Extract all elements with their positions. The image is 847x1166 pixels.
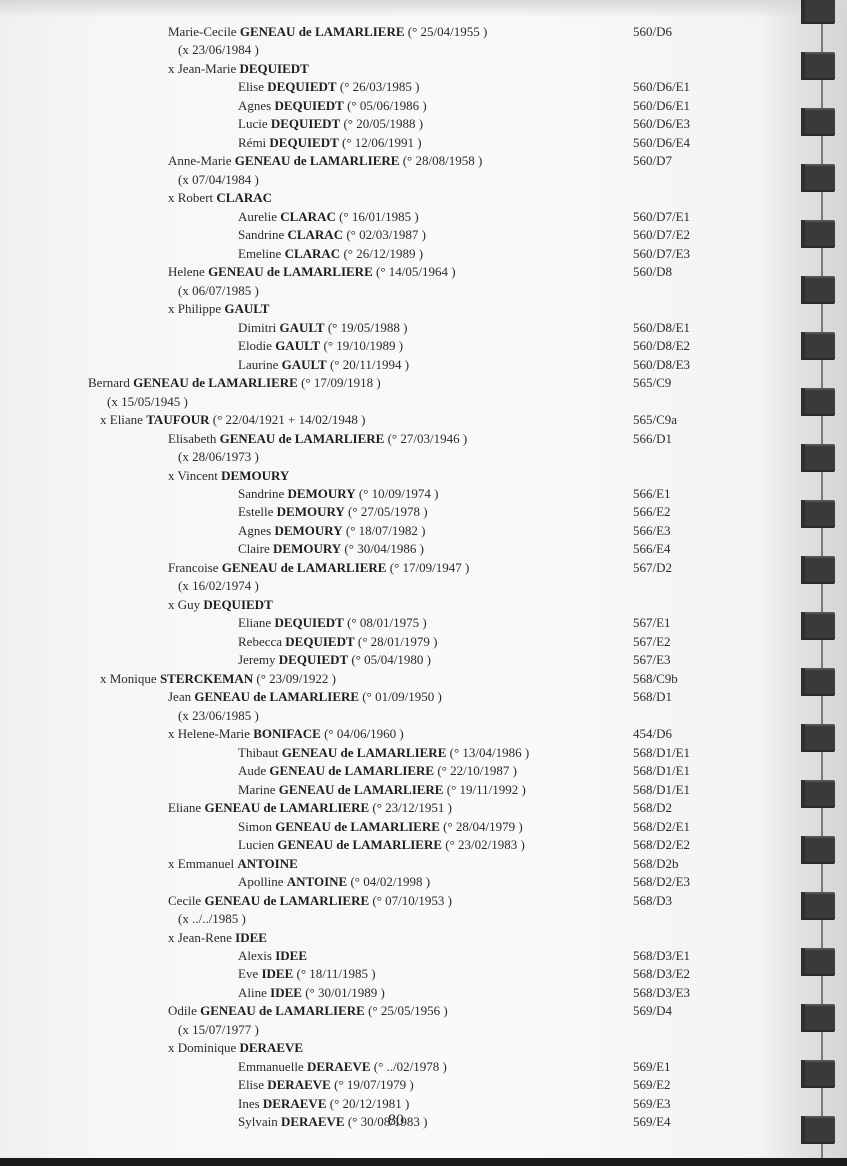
genealogy-entry: Emeline CLARAC (° 26/12/1989 ) [238, 246, 423, 262]
genealogy-entry: (x 15/07/1977 ) [178, 1022, 259, 1038]
entry-surname: GENEAU de LAMARLIERE [200, 1003, 365, 1018]
entry-given-name: Marine [238, 782, 279, 797]
entry-given-name: Agnes [238, 98, 274, 113]
binding-ring-icon [803, 500, 835, 528]
entry-surname: DEQUIEDT [274, 615, 343, 630]
entry-surname: DEQUIEDT [271, 116, 340, 131]
entry-reference-code: 569/E1 [633, 1059, 671, 1075]
entry-given-name: (x 07/04/1984 ) [178, 172, 259, 187]
entry-dates: (° 13/04/1986 ) [446, 745, 529, 760]
page-bottom-edge [0, 1158, 847, 1166]
binding-ring-icon [803, 556, 835, 584]
entry-dates: (° 26/03/1985 ) [337, 79, 420, 94]
entry-surname: GAULT [224, 301, 269, 316]
entry-reference-code: 560/D7/E2 [633, 227, 690, 243]
entry-reference-code: 565/C9 [633, 375, 671, 391]
genealogy-entry: (x ../../1985 ) [178, 911, 246, 927]
binding-ring-icon [803, 892, 835, 920]
entry-reference-code: 560/D6/E4 [633, 135, 690, 151]
entry-given-name: Odile [168, 1003, 200, 1018]
entry-reference-code: 560/D8 [633, 264, 672, 280]
genealogy-entry: Claire DEMOURY (° 30/04/1986 ) [238, 541, 424, 557]
binding-ring-icon [803, 1116, 835, 1144]
entry-surname: DEQUIEDT [203, 597, 272, 612]
genealogy-entry: Cecile GENEAU de LAMARLIERE (° 07/10/195… [168, 893, 452, 909]
entry-given-name: Eliane [238, 615, 274, 630]
genealogy-entry: Thibaut GENEAU de LAMARLIERE (° 13/04/19… [238, 745, 529, 761]
entry-surname: GENEAU de LAMARLIERE [275, 819, 440, 834]
entry-reference-code: 568/D2b [633, 856, 679, 872]
entry-dates: (° 18/11/1985 ) [293, 966, 375, 981]
entry-dates: (° 28/08/1958 ) [399, 153, 482, 168]
entry-given-name: Eliane [168, 800, 204, 815]
genealogy-entry: Elodie GAULT (° 19/10/1989 ) [238, 338, 403, 354]
entry-surname: GENEAU de LAMARLIERE [235, 153, 400, 168]
entry-reference-code: 566/E1 [633, 486, 671, 502]
entry-dates: (° 22/10/1987 ) [434, 763, 517, 778]
scanned-page: Marie-Cecile GENEAU de LAMARLIERE (° 25/… [0, 0, 847, 1166]
entry-given-name: Emmanuelle [238, 1059, 307, 1074]
binding-ring-icon [803, 668, 835, 696]
entry-surname: GAULT [282, 357, 327, 372]
entry-dates: (° 23/12/1951 ) [369, 800, 452, 815]
binding-ring-icon [803, 388, 835, 416]
genealogy-entry: (x 06/07/1985 ) [178, 283, 259, 299]
genealogy-entry: Aline IDEE (° 30/01/1989 ) [238, 985, 385, 1001]
entry-given-name: Sandrine [238, 486, 287, 501]
entry-dates: (° 25/04/1955 ) [405, 24, 488, 39]
entry-surname: TAUFOUR [146, 412, 209, 427]
entry-surname: DEQUIEDT [279, 652, 348, 667]
entry-reference-code: 568/D3/E2 [633, 966, 690, 982]
entry-given-name: Emeline [238, 246, 285, 261]
genealogy-entry: x Jean-Marie DEQUIEDT [168, 61, 309, 77]
binding-ring-icon [803, 612, 835, 640]
entry-given-name: x Dominique [168, 1040, 240, 1055]
entry-dates: (° 17/09/1918 ) [298, 375, 381, 390]
entry-dates: (° 19/11/1992 ) [443, 782, 525, 797]
entry-reference-code: 560/D7/E1 [633, 209, 690, 225]
entry-surname: DEMOURY [274, 523, 342, 538]
entry-reference-code: 569/E2 [633, 1077, 671, 1093]
entry-dates: (° 19/05/1988 ) [325, 320, 408, 335]
entry-given-name: Claire [238, 541, 273, 556]
genealogy-entry: Dimitri GAULT (° 19/05/1988 ) [238, 320, 407, 336]
entry-given-name: Aline [238, 985, 270, 1000]
entry-reference-code: 568/D2/E2 [633, 837, 690, 853]
entry-surname: GAULT [275, 338, 320, 353]
entry-reference-code: 568/D3/E3 [633, 985, 690, 1001]
genealogy-entry: Lucien GENEAU de LAMARLIERE (° 23/02/198… [238, 837, 525, 853]
entry-reference-code: 569/E4 [633, 1114, 671, 1130]
entry-given-name: (x 28/06/1973 ) [178, 449, 259, 464]
entry-surname: DERAEVE [281, 1114, 345, 1129]
entry-reference-code: 569/D4 [633, 1003, 672, 1019]
entry-surname: DEMOURY [277, 504, 345, 519]
entry-dates: (° 20/12/1981 ) [327, 1096, 410, 1111]
entry-reference-code: 560/D6/E3 [633, 116, 690, 132]
entry-dates: (° 28/01/1979 ) [355, 634, 438, 649]
genealogy-entry: Rémi DEQUIEDT (° 12/06/1991 ) [238, 135, 422, 151]
genealogy-entry: x Monique STERCKEMAN (° 23/09/1922 ) [100, 671, 336, 687]
entry-surname: DERAEVE [263, 1096, 327, 1111]
entry-surname: CLARAC [287, 227, 343, 242]
entry-given-name: Helene [168, 264, 208, 279]
genealogy-entry: Elise DERAEVE (° 19/07/1979 ) [238, 1077, 414, 1093]
entry-surname: DEMOURY [273, 541, 341, 556]
genealogy-entry: Odile GENEAU de LAMARLIERE (° 25/05/1956… [168, 1003, 448, 1019]
genealogy-entry: Eve IDEE (° 18/11/1985 ) [238, 966, 376, 982]
genealogy-entry: x Jean-Rene IDEE [168, 930, 267, 946]
entry-reference-code: 567/E1 [633, 615, 671, 631]
entry-given-name: x Guy [168, 597, 203, 612]
entry-dates: (° 22/04/1921 + 14/02/1948 ) [210, 412, 366, 427]
binding-ring-icon [803, 948, 835, 976]
binding-ring-icon [803, 332, 835, 360]
entry-surname: CLARAC [285, 246, 341, 261]
entry-given-name: Sylvain [238, 1114, 281, 1129]
entry-reference-code: 566/E2 [633, 504, 671, 520]
entry-surname: GENEAU de LAMARLIERE [240, 24, 405, 39]
entry-reference-code: 565/C9a [633, 412, 677, 428]
entry-given-name: (x 06/07/1985 ) [178, 283, 259, 298]
entry-surname: IDEE [235, 930, 267, 945]
entry-dates: (° 18/07/1982 ) [343, 523, 426, 538]
genealogy-entry: Jean GENEAU de LAMARLIERE (° 01/09/1950 … [168, 689, 442, 705]
genealogy-entry: (x 15/05/1945 ) [107, 394, 188, 410]
entry-surname: DEMOURY [287, 486, 355, 501]
entry-dates: (° 12/06/1991 ) [339, 135, 422, 150]
binding-ring-icon [803, 164, 835, 192]
entry-dates: (° 27/05/1978 ) [345, 504, 428, 519]
entry-given-name: Jean [168, 689, 194, 704]
entry-dates: (° 23/09/1922 ) [253, 671, 336, 686]
entry-surname: DEQUIEDT [274, 98, 343, 113]
genealogy-entry: Simon GENEAU de LAMARLIERE (° 28/04/1979… [238, 819, 523, 835]
genealogy-entry: Lucie DEQUIEDT (° 20/05/1988 ) [238, 116, 423, 132]
binding-ring-icon [803, 276, 835, 304]
entry-surname: GENEAU de LAMARLIERE [277, 837, 442, 852]
entry-dates: (° ../02/1978 ) [371, 1059, 447, 1074]
genealogy-entry: Anne-Marie GENEAU de LAMARLIERE (° 28/08… [168, 153, 482, 169]
entry-surname: ANTOINE [237, 856, 297, 871]
entry-given-name: Sandrine [238, 227, 287, 242]
binding-ring-icon [803, 780, 835, 808]
entry-dates: (° 20/05/1988 ) [340, 116, 423, 131]
entry-dates: (° 04/02/1998 ) [347, 874, 430, 889]
genealogy-entry: Bernard GENEAU de LAMARLIERE (° 17/09/19… [88, 375, 381, 391]
entry-dates: (° 20/11/1994 ) [327, 357, 409, 372]
genealogy-entry: x Robert CLARAC [168, 190, 272, 206]
binding-ring-icon [803, 0, 835, 24]
entry-dates: (° 17/09/1947 ) [386, 560, 469, 575]
entry-given-name: Eve [238, 966, 261, 981]
entry-given-name: Anne-Marie [168, 153, 235, 168]
entry-surname: ANTOINE [287, 874, 347, 889]
genealogy-entry: (x 16/02/1974 ) [178, 578, 259, 594]
entry-given-name: Rebecca [238, 634, 285, 649]
genealogy-entry: x Eliane TAUFOUR (° 22/04/1921 + 14/02/1… [100, 412, 365, 428]
entry-reference-code: 568/D2 [633, 800, 672, 816]
genealogy-entry: (x 07/04/1984 ) [178, 172, 259, 188]
genealogy-entry: Jeremy DEQUIEDT (° 05/04/1980 ) [238, 652, 431, 668]
page-number: 80 [388, 1112, 404, 1130]
entry-dates: (° 30/01/1989 ) [302, 985, 385, 1000]
genealogy-entry: Elise DEQUIEDT (° 26/03/1985 ) [238, 79, 419, 95]
entry-given-name: Jeremy [238, 652, 279, 667]
entry-surname: GENEAU de LAMARLIERE [204, 893, 369, 908]
entry-reference-code: 567/E3 [633, 652, 671, 668]
entry-reference-code: 567/E2 [633, 634, 671, 650]
page-top-shadow [0, 0, 847, 18]
entry-reference-code: 560/D6/E1 [633, 79, 690, 95]
entry-reference-code: 568/D2/E3 [633, 874, 690, 890]
genealogy-entry: Laurine GAULT (° 20/11/1994 ) [238, 357, 409, 373]
genealogy-entry: Eliane DEQUIEDT (° 08/01/1975 ) [238, 615, 427, 631]
entry-reference-code: 566/E4 [633, 541, 671, 557]
entry-given-name: (x 16/02/1974 ) [178, 578, 259, 593]
entry-given-name: (x ../../1985 ) [178, 911, 246, 926]
entry-given-name: Marie-Cecile [168, 24, 240, 39]
entry-surname: CLARAC [216, 190, 272, 205]
entry-surname: GENEAU de LAMARLIERE [133, 375, 298, 390]
entry-reference-code: 560/D8/E2 [633, 338, 690, 354]
entry-dates: (° 04/06/1960 ) [321, 726, 404, 741]
entry-dates: (° 28/04/1979 ) [440, 819, 523, 834]
entry-given-name: Laurine [238, 357, 282, 372]
entry-reference-code: 568/D3/E1 [633, 948, 690, 964]
entry-surname: DEMOURY [221, 468, 289, 483]
entry-dates: (° 30/08/1983 ) [345, 1114, 428, 1129]
entry-surname: GENEAU de LAMARLIERE [194, 689, 359, 704]
entry-given-name: x Jean-Rene [168, 930, 235, 945]
binding-ring-icon [803, 444, 835, 472]
entry-given-name: x Jean-Marie [168, 61, 239, 76]
binding-ring-icon [803, 724, 835, 752]
entry-reference-code: 560/D6/E1 [633, 98, 690, 114]
entry-reference-code: 568/D2/E1 [633, 819, 690, 835]
entry-given-name: Bernard [88, 375, 133, 390]
genealogy-entry: Sandrine CLARAC (° 02/03/1987 ) [238, 227, 426, 243]
entry-given-name: Lucien [238, 837, 277, 852]
entry-dates: (° 07/10/1953 ) [369, 893, 452, 908]
genealogy-entry: x Philippe GAULT [168, 301, 269, 317]
entry-dates: (° 25/05/1956 ) [365, 1003, 448, 1018]
entry-surname: IDEE [261, 966, 293, 981]
entry-dates: (° 26/12/1989 ) [340, 246, 423, 261]
entry-surname: BONIFACE [253, 726, 321, 741]
genealogy-entry: Marie-Cecile GENEAU de LAMARLIERE (° 25/… [168, 24, 487, 40]
entry-surname: DEQUIEDT [285, 634, 354, 649]
entry-surname: GENEAU de LAMARLIERE [269, 763, 434, 778]
genealogy-entry: Estelle DEMOURY (° 27/05/1978 ) [238, 504, 428, 520]
entry-reference-code: 568/D1/E1 [633, 745, 690, 761]
entry-reference-code: 560/D8/E3 [633, 357, 690, 373]
entry-reference-code: 560/D7 [633, 153, 672, 169]
entry-dates: (° 10/09/1974 ) [356, 486, 439, 501]
entry-given-name: x Helene-Marie [168, 726, 253, 741]
entry-reference-code: 568/D1/E1 [633, 763, 690, 779]
entry-dates: (° 05/04/1980 ) [348, 652, 431, 667]
genealogy-entry: Sandrine DEMOURY (° 10/09/1974 ) [238, 486, 438, 502]
genealogy-entry: x Dominique DERAEVE [168, 1040, 303, 1056]
entry-surname: IDEE [275, 948, 307, 963]
entry-reference-code: 569/E3 [633, 1096, 671, 1112]
entry-surname: DEQUIEDT [269, 135, 338, 150]
entry-dates: (° 02/03/1987 ) [343, 227, 426, 242]
entry-given-name: x Eliane [100, 412, 146, 427]
entry-given-name: x Monique [100, 671, 160, 686]
entry-dates: (° 05/06/1986 ) [344, 98, 427, 113]
entry-given-name: (x 23/06/1984 ) [178, 42, 259, 57]
entry-given-name: Aurelie [238, 209, 280, 224]
entry-dates: (° 08/01/1975 ) [344, 615, 427, 630]
entry-dates: (° 16/01/1985 ) [336, 209, 419, 224]
genealogy-entry: Elisabeth GENEAU de LAMARLIERE (° 27/03/… [168, 431, 467, 447]
entry-given-name: Thibaut [238, 745, 282, 760]
binding-ring-icon [803, 220, 835, 248]
genealogy-entry: x Emmanuel ANTOINE [168, 856, 298, 872]
entry-given-name: x Vincent [168, 468, 221, 483]
entry-reference-code: 454/D6 [633, 726, 672, 742]
entry-reference-code: 568/C9b [633, 671, 678, 687]
genealogy-entry: x Guy DEQUIEDT [168, 597, 273, 613]
entry-given-name: (x 15/07/1977 ) [178, 1022, 259, 1037]
entry-surname: GENEAU de LAMARLIERE [220, 431, 385, 446]
entry-given-name: Elise [238, 79, 267, 94]
entry-surname: GENEAU de LAMARLIERE [208, 264, 373, 279]
entry-reference-code: 560/D8/E1 [633, 320, 690, 336]
genealogy-entry: x Vincent DEMOURY [168, 468, 289, 484]
entry-surname: GENEAU de LAMARLIERE [222, 560, 387, 575]
binding-ring-icon [803, 108, 835, 136]
genealogy-entry: x Helene-Marie BONIFACE (° 04/06/1960 ) [168, 726, 404, 742]
entry-given-name: (x 23/06/1985 ) [178, 708, 259, 723]
binding-ring-icon [803, 1004, 835, 1032]
genealogy-entry: Apolline ANTOINE (° 04/02/1998 ) [238, 874, 430, 890]
entry-given-name: Ines [238, 1096, 263, 1111]
entry-given-name: Elise [238, 1077, 267, 1092]
entry-given-name: x Robert [168, 190, 216, 205]
binding-ring-icon [803, 1060, 835, 1088]
entry-surname: DERAEVE [267, 1077, 331, 1092]
entry-given-name: Cecile [168, 893, 204, 908]
entry-given-name: Elisabeth [168, 431, 220, 446]
genealogy-entry: Emmanuelle DERAEVE (° ../02/1978 ) [238, 1059, 447, 1075]
entry-reference-code: 566/E3 [633, 523, 671, 539]
entry-reference-code: 568/D1/E1 [633, 782, 690, 798]
entry-given-name: Simon [238, 819, 275, 834]
entry-given-name: Francoise [168, 560, 222, 575]
genealogy-entry: Ines DERAEVE (° 20/12/1981 ) [238, 1096, 409, 1112]
genealogy-entry: Rebecca DEQUIEDT (° 28/01/1979 ) [238, 634, 437, 650]
entry-surname: DERAEVE [307, 1059, 371, 1074]
entry-dates: (° 14/05/1964 ) [373, 264, 456, 279]
binding-ring-icon [803, 52, 835, 80]
genealogy-entry: (x 23/06/1984 ) [178, 42, 259, 58]
genealogy-entry: Aude GENEAU de LAMARLIERE (° 22/10/1987 … [238, 763, 517, 779]
entry-reference-code: 567/D2 [633, 560, 672, 576]
genealogy-entry: (x 23/06/1985 ) [178, 708, 259, 724]
entry-reference-code: 566/D1 [633, 431, 672, 447]
genealogy-entry: Francoise GENEAU de LAMARLIERE (° 17/09/… [168, 560, 469, 576]
entry-surname: IDEE [270, 985, 302, 1000]
genealogy-entry: Alexis IDEE [238, 948, 307, 964]
entry-dates: (° 23/02/1983 ) [442, 837, 525, 852]
entry-dates: (° 19/10/1989 ) [320, 338, 403, 353]
entry-given-name: Alexis [238, 948, 275, 963]
genealogy-entry: Eliane GENEAU de LAMARLIERE (° 23/12/195… [168, 800, 452, 816]
entry-dates: (° 27/03/1946 ) [384, 431, 467, 446]
entry-given-name: Apolline [238, 874, 287, 889]
entry-given-name: Aude [238, 763, 269, 778]
genealogy-entry: Aurelie CLARAC (° 16/01/1985 ) [238, 209, 419, 225]
entry-surname: CLARAC [280, 209, 336, 224]
genealogy-entry: Agnes DEMOURY (° 18/07/1982 ) [238, 523, 425, 539]
entry-reference-code: 568/D1 [633, 689, 672, 705]
entry-given-name: Elodie [238, 338, 275, 353]
entry-reference-code: 560/D6 [633, 24, 672, 40]
entry-given-name: Dimitri [238, 320, 280, 335]
entry-given-name: Lucie [238, 116, 271, 131]
entry-reference-code: 560/D7/E3 [633, 246, 690, 262]
entry-given-name: x Philippe [168, 301, 224, 316]
entry-surname: STERCKEMAN [160, 671, 253, 686]
entry-given-name: Estelle [238, 504, 277, 519]
entry-surname: DEQUIEDT [239, 61, 308, 76]
entry-given-name: x Emmanuel [168, 856, 237, 871]
entry-surname: DERAEVE [240, 1040, 304, 1055]
entry-surname: GAULT [280, 320, 325, 335]
genealogy-entry: Helene GENEAU de LAMARLIERE (° 14/05/196… [168, 264, 456, 280]
entry-reference-code: 568/D3 [633, 893, 672, 909]
entry-dates: (° 19/07/1979 ) [331, 1077, 414, 1092]
entry-given-name: (x 15/05/1945 ) [107, 394, 188, 409]
entry-surname: GENEAU de LAMARLIERE [282, 745, 447, 760]
genealogy-entry: Marine GENEAU de LAMARLIERE (° 19/11/199… [238, 782, 526, 798]
binding-ring-icon [803, 836, 835, 864]
entry-surname: GENEAU de LAMARLIERE [204, 800, 369, 815]
entry-dates: (° 30/04/1986 ) [341, 541, 424, 556]
genealogy-entry: Agnes DEQUIEDT (° 05/06/1986 ) [238, 98, 427, 114]
entry-given-name: Agnes [238, 523, 274, 538]
entry-dates: (° 01/09/1950 ) [359, 689, 442, 704]
entry-surname: DEQUIEDT [267, 79, 336, 94]
genealogy-entry: (x 28/06/1973 ) [178, 449, 259, 465]
entry-given-name: Rémi [238, 135, 269, 150]
entry-surname: GENEAU de LAMARLIERE [279, 782, 444, 797]
